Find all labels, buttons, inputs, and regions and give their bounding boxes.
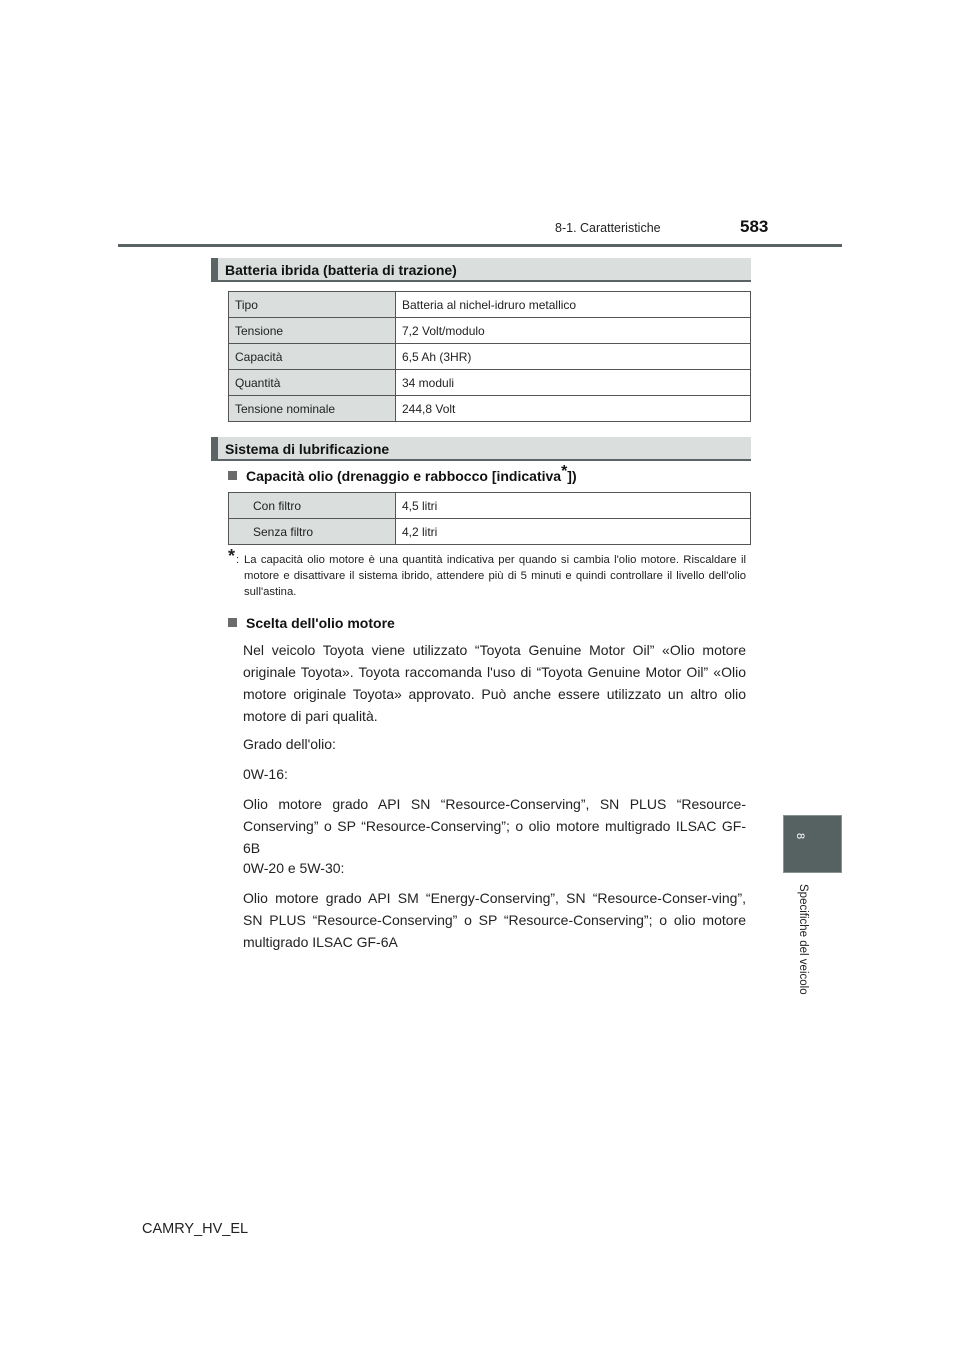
table-row: Senza filtro4,2 litri bbox=[229, 519, 751, 545]
spec-value: 4,5 litri bbox=[396, 493, 751, 519]
asterisk-mark: * bbox=[228, 548, 235, 564]
spec-value: Batteria al nichel-idruro metallico bbox=[396, 292, 751, 318]
oil-choice-heading: Scelta dell'olio motore bbox=[228, 615, 395, 631]
oil-choice-paragraph: Nel veicolo Toyota viene utilizzato “Toy… bbox=[243, 639, 746, 727]
spec-key: Tensione bbox=[229, 318, 396, 344]
chapter-label: Specifiche del veicolo bbox=[797, 884, 809, 995]
section-title: Batteria ibrida (batteria di trazione) bbox=[225, 262, 457, 278]
square-bullet-icon bbox=[228, 471, 237, 480]
footnote: * La capacità olio motore è una quantità… bbox=[228, 552, 746, 600]
spec-value: 34 moduli bbox=[396, 370, 751, 396]
section-title: Sistema di lubrificazione bbox=[225, 441, 389, 457]
footer-code: CAMRY_HV_EL bbox=[142, 1221, 248, 1237]
oil-grade-0w16-text: Olio motore grado API SN “Resource-Conse… bbox=[243, 793, 746, 859]
oil-grade-label: Grado dell'olio: bbox=[243, 733, 746, 755]
battery-spec-table: TipoBatteria al nichel-idruro metallico … bbox=[228, 291, 751, 422]
table-row: Quantità34 moduli bbox=[229, 370, 751, 396]
oil-grade-0w20-label: 0W-20 e 5W-30: bbox=[243, 857, 746, 879]
spec-value: 4,2 litri bbox=[396, 519, 751, 545]
spec-key: Tipo bbox=[229, 292, 396, 318]
table-row: Tensione7,2 Volt/modulo bbox=[229, 318, 751, 344]
table-row: TipoBatteria al nichel-idruro metallico bbox=[229, 292, 751, 318]
table-row: Con filtro4,5 litri bbox=[229, 493, 751, 519]
oil-capacity-heading: Capacità olio (drenaggio e rabbocco [ind… bbox=[228, 468, 577, 484]
square-bullet-icon bbox=[228, 618, 237, 627]
chapter-tab: 8 bbox=[783, 815, 842, 873]
spec-key: Quantità bbox=[229, 370, 396, 396]
header-section-title: 8-1. Caratteristiche bbox=[555, 221, 661, 235]
page-number: 583 bbox=[740, 217, 768, 237]
spec-value: 6,5 Ah (3HR) bbox=[396, 344, 751, 370]
header-rule bbox=[118, 244, 842, 247]
spec-key: Tensione nominale bbox=[229, 396, 396, 422]
spec-key: Capacità bbox=[229, 344, 396, 370]
oil-grade-0w20-text: Olio motore grado API SM “Energy-Conserv… bbox=[243, 887, 746, 953]
chapter-number: 8 bbox=[794, 833, 806, 839]
section-header-lubrication: Sistema di lubrificazione bbox=[211, 437, 751, 461]
spec-value: 7,2 Volt/modulo bbox=[396, 318, 751, 344]
section-header-battery: Batteria ibrida (batteria di trazione) bbox=[211, 258, 751, 282]
footnote-text: La capacità olio motore è una quantità i… bbox=[228, 552, 746, 600]
table-row: Capacità6,5 Ah (3HR) bbox=[229, 344, 751, 370]
spec-key: Senza filtro bbox=[229, 519, 396, 545]
oil-capacity-table: Con filtro4,5 litri Senza filtro4,2 litr… bbox=[228, 492, 751, 545]
table-row: Tensione nominale244,8 Volt bbox=[229, 396, 751, 422]
spec-value: 244,8 Volt bbox=[396, 396, 751, 422]
oil-grade-0w16-label: 0W-16: bbox=[243, 763, 746, 785]
spec-key: Con filtro bbox=[229, 493, 396, 519]
